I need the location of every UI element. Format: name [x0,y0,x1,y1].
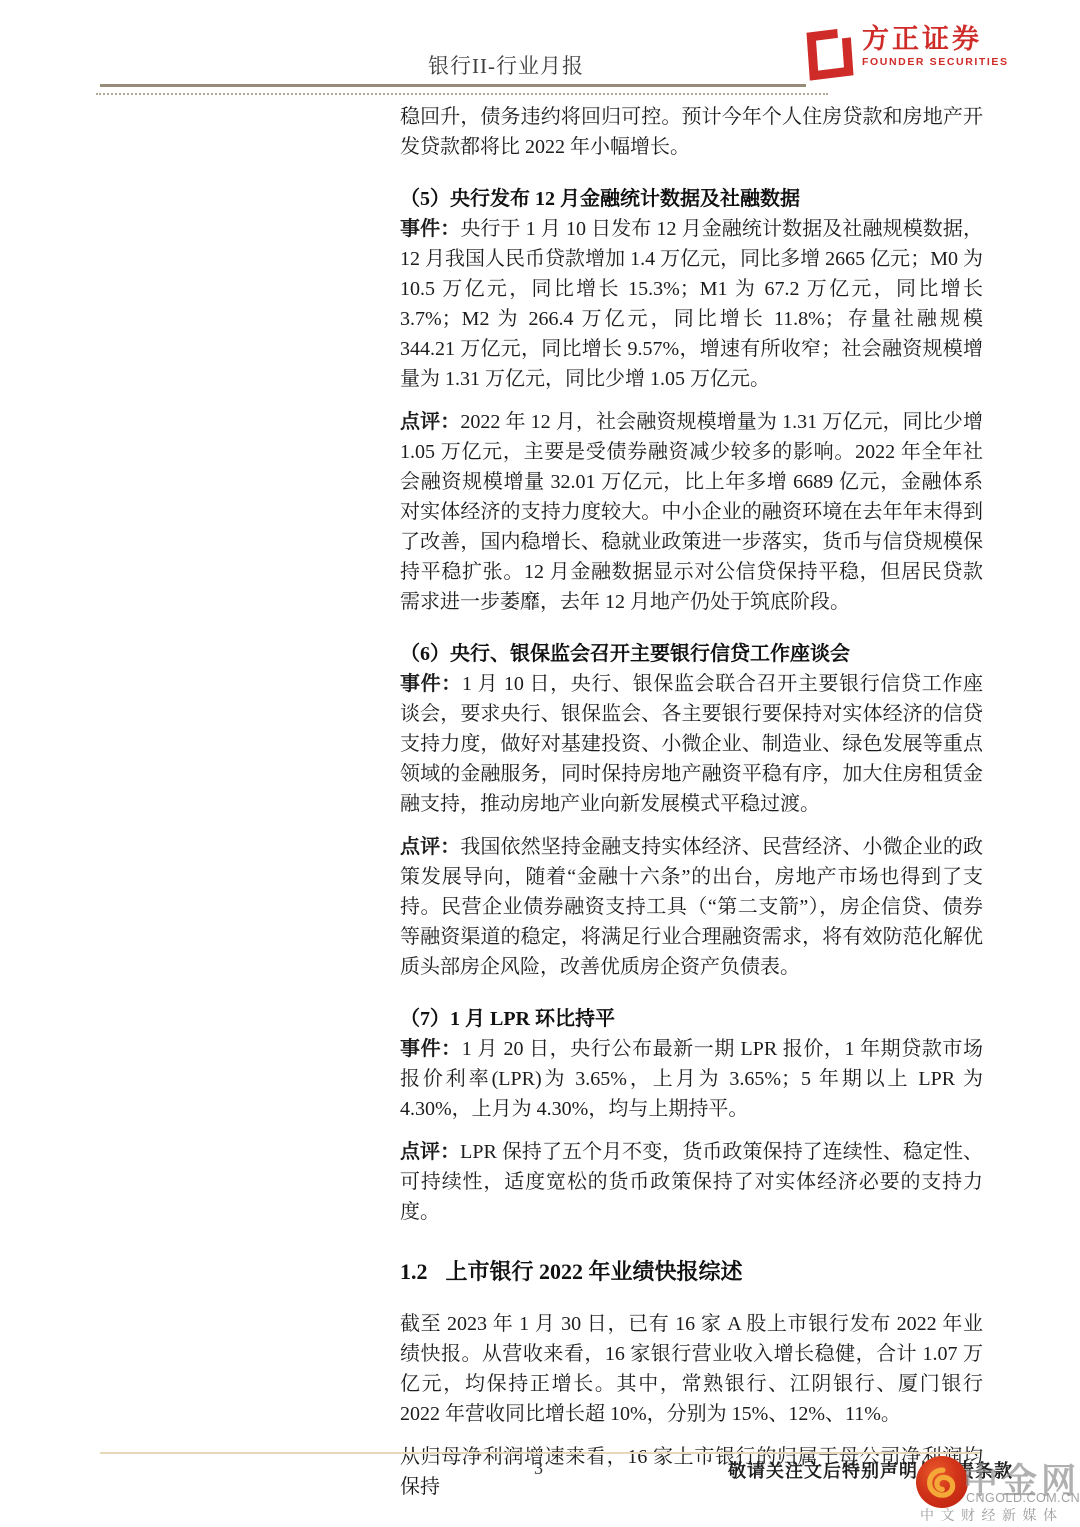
section-6-event: 事件：1 月 10 日，央行、银保监会联合召开主要银行信贷工作座谈会，要求央行、… [400,669,983,819]
event-text: 1 月 10 日，央行、银保监会联合召开主要银行信贷工作座谈会，要求央行、银保监… [400,673,983,815]
paragraph-intro: 稳回升，债务违约将回归可控。预计今年个人住房贷款和房地产开发贷款都将比 2022… [400,102,983,162]
founder-logo-notch [837,25,853,39]
report-type-header: 银行II-行业月报 [428,50,584,80]
section-heading-7: （7）1 月 LPR 环比持平 [400,1004,983,1034]
gold-swirl-icon [925,1465,959,1499]
brand-name-en: FOUNDER SECURITIES [862,56,1009,68]
founder-securities-logo: 方正证券 FOUNDER SECURITIES [808,24,1009,78]
header-rule [100,84,806,87]
founder-logo-text: 方正证券 FOUNDER SECURITIES [862,24,1009,68]
section-7-event: 事件：1 月 20 日，央行公布最新一期 LPR 报价，1 年期贷款市场报价利率… [400,1034,983,1124]
paragraph-performance-1: 截至 2023 年 1 月 30 日，已有 16 家 A 股上市银行发布 202… [400,1309,983,1429]
subsection-number: 1.2 [400,1259,428,1284]
event-label: 事件： [400,218,460,240]
page-number: 3 [534,1458,543,1479]
founder-logo-icon [806,27,853,80]
watermark-site-url: CNGOLD.COM.CN [966,1491,1080,1505]
comment-label: 点评： [400,411,460,433]
section-5-comment: 点评：2022 年 12 月，社会融资规模增量为 1.31 万亿元，同比少增 1… [400,407,983,617]
footer-rule [100,1452,980,1454]
section-6-comment: 点评：我国依然坚持金融支持实体经济、民营经济、小微企业的政策发展导向，随着“金融… [400,832,983,982]
brand-name-cn: 方正证券 [862,24,1009,54]
report-body: 稳回升，债务违约将回归可控。预计今年个人住房贷款和房地产开发贷款都将比 2022… [400,88,983,1515]
report-page: 银行II-行业月报 方正证券 FOUNDER SECURITIES 稳回升，债务… [0,0,1080,1527]
event-text: 央行于 1 月 10 日发布 12 月金融统计数据及社融规模数据，12 月我国人… [400,218,983,390]
cngold-logo-icon [916,1456,968,1508]
subsection-title: 上市银行 2022 年业绩快报综述 [446,1259,743,1284]
comment-label: 点评： [400,836,460,858]
comment-text: 我国依然坚持金融支持实体经济、民营经济、小微企业的政策发展导向，随着“金融十六条… [400,836,983,978]
section-heading-6: （6）央行、银保监会召开主要银行信贷工作座谈会 [400,639,983,669]
comment-label: 点评： [400,1141,460,1163]
section-5-event: 事件：央行于 1 月 10 日发布 12 月金融统计数据及社融规模数据，12 月… [400,214,983,394]
section-heading-5: （5）央行发布 12 月金融统计数据及社融数据 [400,184,983,214]
event-label: 事件： [400,673,462,695]
comment-text: 2022 年 12 月，社会融资规模增量为 1.31 万亿元，同比少增 1.05… [400,411,983,613]
subsection-heading-1-2: 1.2上市银行 2022 年业绩快报综述 [400,1255,983,1289]
section-7-comment: 点评：LPR 保持了五个月不变，货币政策保持了连续性、稳定性、可持续性，适度宽松… [400,1137,983,1227]
event-text: 1 月 20 日，央行公布最新一期 LPR 报价，1 年期贷款市场报价利率(LP… [400,1038,983,1120]
comment-text: LPR 保持了五个月不变，货币政策保持了连续性、稳定性、可持续性，适度宽松的货币… [400,1141,983,1223]
watermark-tagline: 中文财经新媒体 [920,1505,1064,1525]
event-label: 事件： [400,1038,462,1060]
